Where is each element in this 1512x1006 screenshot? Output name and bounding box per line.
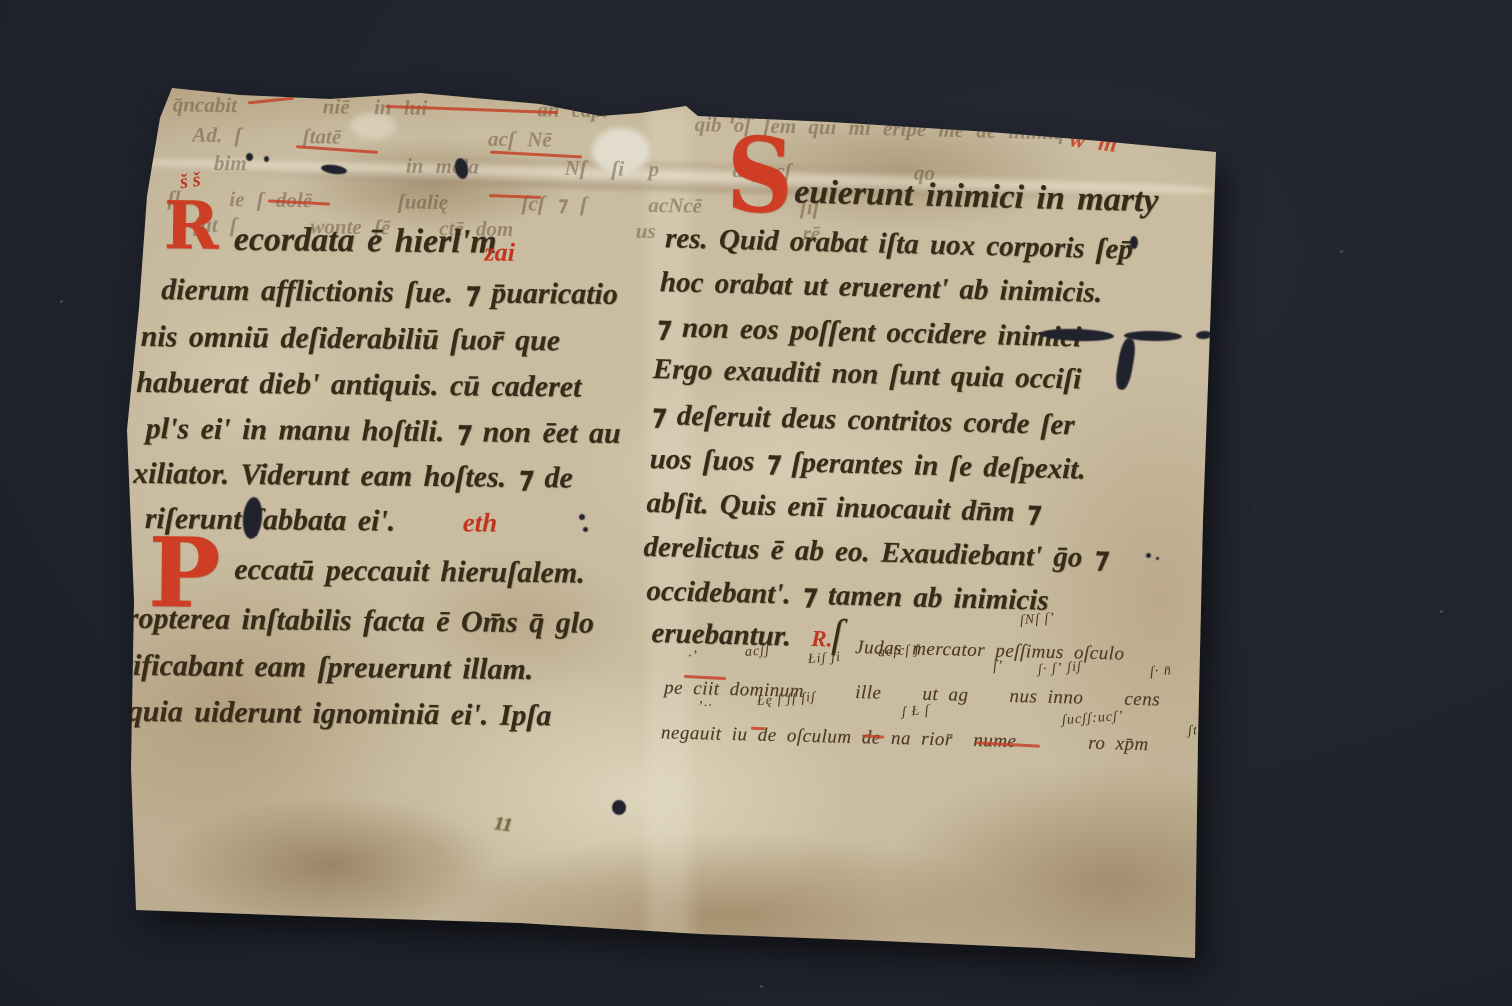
right-text-column: S euierunt inimici in marty res. Quid or… [639,160,1254,814]
wormhole [1130,236,1138,249]
left-line-11: quia uiderunt ignominiā ei'. Ipſa [128,695,552,733]
left-line-10: rificabant eam ſpreuerunt illam. [121,649,533,687]
neume-cluster: ·ʼ [687,649,698,666]
wormhole [583,527,588,532]
responsory-line-2: pe ciit dominum ille ut ag nus inno cens… [664,677,1232,713]
neume-cluster: ſ· n̄ [1149,663,1172,680]
wormhole [1146,553,1151,558]
wormhole [246,153,253,161]
wormhole [579,514,585,520]
rubric-eth: eth [463,507,498,538]
left-line-9: propterea inſtabilis facta ē Om̄s q̄ glo [112,602,595,641]
rubric-zai: zai [484,238,515,268]
neume-cluster: Łiʃ ʃi [807,650,841,668]
right-line-10: occidebant'. ⁊ tamen ab inimicis [646,573,1049,618]
right-line-5: Ergo exauditi non ſunt quia occiſi [652,353,1081,396]
wormhole [264,156,269,162]
right-line-6: ⁊ deſeruit deus contritos corde ſer [650,397,1075,442]
neume-cluster: ſNſ ſʼ [1019,611,1055,629]
faded-line: Ad. ſ ſtatē acſ Nē [192,123,552,153]
right-line-1: euierunt inimici in marty [794,173,1159,220]
manuscript-leaf-shadow: q̄ncabit niē in lui an capī ſis Ad. ſ ſt… [0,0,1512,1006]
photograph: q̄ncabit niē in lui an capī ſis Ad. ſ ſt… [0,0,1512,1006]
foliation-mark: 11 [493,813,514,837]
right-line-11: eruebantur. [651,617,791,653]
initial-S: S [726,129,795,223]
neume-cluster: ʃtʼ· [1187,722,1208,739]
red-cursive-fragment: w̄ m [1068,126,1119,159]
right-line-3: hoc orabat ut eruerent' ab inimicis. [660,266,1103,310]
wormhole [612,800,626,815]
manuscript-leaf: q̄ncabit niē in lui an capī ſis Ad. ſ ſt… [0,0,1512,1006]
right-line-8: abſit. Quis enī inuocauit dn̄m ⁊ [646,485,1041,530]
red-filler-line [751,727,765,730]
wormhole-slit [1196,330,1213,339]
responsory-sign: R. [811,626,833,653]
right-line-7: uos ſuos ⁊ ſperantes in ſe deſpexit. [649,441,1086,487]
left-line-6: xiliator. Viderunt eam hoſtes. ⁊ de [133,456,573,496]
neume-cluster: ʃ· ʃʼ ʃiʃ [1037,659,1082,678]
right-line-2: res. Quid orabat iſta uox corporis ſep̄ [665,222,1134,266]
left-line-4: habuerat dieb' antiquis. cū caderet [136,366,582,405]
left-line-1: ecordata ē hierl'm [234,221,497,262]
neume-cluster: ſʼ [992,659,1004,676]
left-line-5: pl's ei' in manu hoſtili. ⁊ non ēet au [146,411,621,451]
left-line-2: dierum afflictionis ſue. ⁊ p̄uaricatio [161,272,618,312]
initial-R: R [164,196,219,256]
neume-cluster: acſcſ ʃ [877,643,920,662]
neume-cluster: ʃ Ł ſ [901,703,930,721]
left-line-3: nis omniū deſiderabiliū ſuor̄ que [141,320,561,358]
neume-cluster: acʃʃ [744,643,770,661]
neume-cluster: ʼ·· [697,699,713,716]
right-line-9: derelictus ē ab eo. Exaudiebant' ḡo ⁊ [643,529,1109,575]
left-line-8: eccatū peccauit hieruſalem. [234,553,585,591]
right-line-4: ⁊ non eos poſſent occidere inimici [656,309,1082,354]
